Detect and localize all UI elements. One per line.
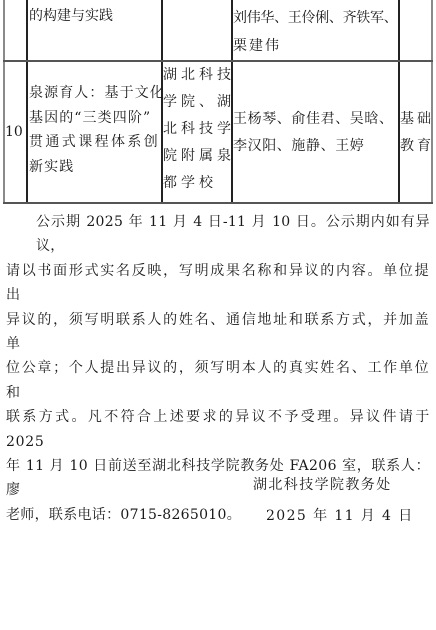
- institution-line: 北科技学: [163, 116, 235, 143]
- notice-line: 公示期 2025 年 11 月 4 日-11 月 10 日。公示期内如有异议，: [6, 210, 430, 259]
- signature-date: 2025 年 11 月 4 日: [266, 505, 414, 525]
- cell-title: 泉源育人：基于文化 基因的“三类四阶” 贯通式课程体系创 新实践: [29, 81, 165, 179]
- cell-institution: 湖北科技 学院、湖 北科技学 院附属泉 都学校: [163, 62, 235, 197]
- cell-title-continued: 的构建与实践: [29, 4, 113, 29]
- members-line: 刘伟华、王伶俐、齐铁军、: [233, 4, 397, 32]
- category-line: 教育: [400, 133, 434, 160]
- institution-line: 都学校: [163, 170, 235, 197]
- row-index: 10: [5, 124, 23, 140]
- cell-category: 基础 教育: [400, 106, 434, 160]
- cell-members-continued: 刘伟华、王伶俐、齐铁军、 栗建伟: [233, 4, 397, 60]
- title-line: 新实践: [29, 155, 165, 180]
- members-line: 王杨琴、俞佳君、吴晗、: [233, 106, 394, 133]
- column-divider: [398, 0, 400, 204]
- institution-line: 湖北科技: [163, 62, 235, 89]
- notice-line: 联系方式。凡不符合上述要求的异议不予受理。异议件请于 2025: [6, 405, 430, 454]
- column-divider: [26, 0, 28, 204]
- table-border-right: [431, 0, 433, 204]
- notice-line: 请以书面形式实名反映，写明成果名称和异议的内容。单位提出: [6, 259, 430, 308]
- cell-index: 10: [5, 120, 23, 145]
- title-tail: 的构建与实践: [29, 8, 113, 24]
- cell-members: 王杨琴、俞佳君、吴晗、 李汉阳、施静、王婷: [233, 106, 394, 160]
- signature-organization: 湖北科技学院教务处: [253, 474, 392, 494]
- title-line: 泉源育人：基于文化: [29, 81, 165, 106]
- institution-line: 学院、湖: [163, 89, 235, 116]
- title-line: 贯通式课程体系创: [29, 130, 165, 155]
- title-line: 基因的“三类四阶”: [29, 106, 165, 131]
- notice-line: 位公章；个人提出异议的，须写明本人的真实姓名、工作单位和: [6, 356, 430, 405]
- institution-line: 院附属泉: [163, 143, 235, 170]
- members-line: 李汉阳、施静、王婷: [233, 133, 394, 160]
- category-line: 基础: [400, 106, 434, 133]
- notice-line: 异议的，须写明联系人的姓名、通信地址和联系方式，并加盖单: [6, 308, 430, 357]
- table-border-bottom: [3, 202, 433, 204]
- results-table: 的构建与实践 刘伟华、王伶俐、齐铁军、 栗建伟 10 泉源育人：基于文化 基因的…: [0, 0, 436, 204]
- members-line: 栗建伟: [233, 32, 397, 60]
- table-border-left: [3, 0, 5, 204]
